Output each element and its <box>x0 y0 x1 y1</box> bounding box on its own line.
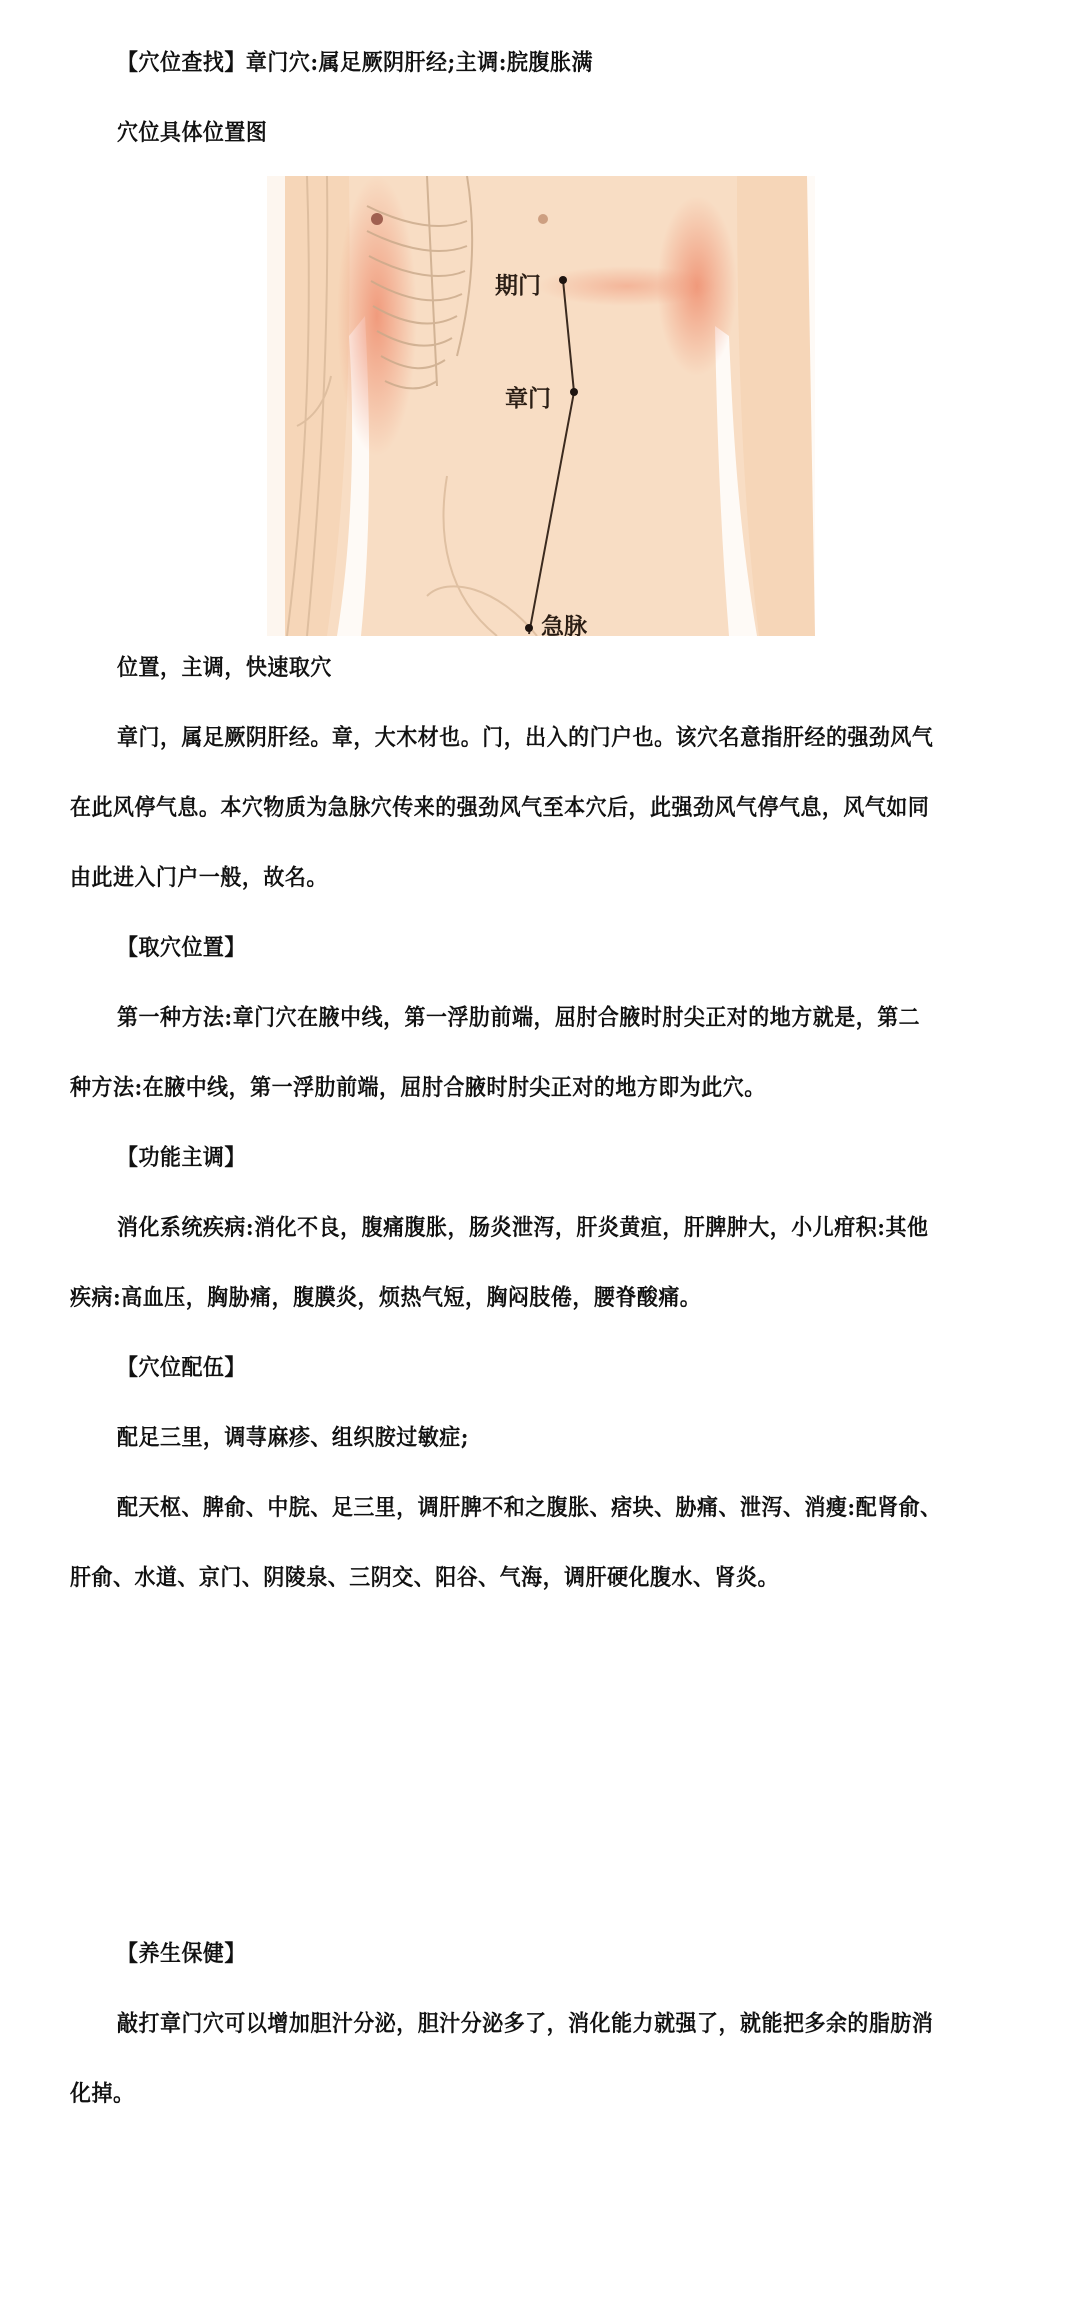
acupoint-body-illustration: 期门 章门 急脉 <box>267 176 815 636</box>
section-line: 敲打章门穴可以增加胆汁分泌，胆汁分泌多了，消化能力就强了，就能把多余的脂肪消 <box>117 2009 933 2039</box>
page-heading: 【穴位查找】章门穴:属足厥阴肝经;主调:脘腹胀满 <box>117 48 593 78</box>
section-title-health: 【养生保健】 <box>117 1939 246 1969</box>
section-line: 配天枢、脾俞、中脘、足三里，调肝脾不和之腹胀、痞块、胁痛、泄泻、消瘦:配肾俞、 <box>117 1493 942 1523</box>
figure-caption: 穴位具体位置图 <box>117 118 267 148</box>
section-title-combination: 【穴位配伍】 <box>117 1353 246 1383</box>
section-title-function: 【功能主调】 <box>117 1143 246 1173</box>
section-line: 疾病:高血压，胸胁痛，腹膜炎，烦热气短，胸闷肢倦，腰脊酸痛。 <box>70 1283 701 1313</box>
label-qimen: 期门 <box>495 267 541 300</box>
label-jimai: 急脉 <box>541 608 587 636</box>
intro-line: 由此进入门户一般，故名。 <box>70 863 328 893</box>
section-line: 化掉。 <box>70 2079 134 2109</box>
section-line: 种方法:在腋中线，第一浮肋前端，屈肘合腋时肘尖正对的地方即为此穴。 <box>70 1073 766 1103</box>
section-line: 第一种方法:章门穴在腋中线，第一浮肋前端，屈肘合腋时肘尖正对的地方就是，第二 <box>117 1003 920 1033</box>
section-title-location: 【取穴位置】 <box>117 933 246 963</box>
intro-title: 位置，主调，快速取穴 <box>117 653 332 683</box>
label-zhangmen: 章门 <box>505 380 551 413</box>
section-line: 消化系统疾病:消化不良，腹痛腹胀，肠炎泄泻，肝炎黄疸，肝脾肿大，小儿疳积:其他 <box>117 1213 928 1243</box>
section-line: 配足三里，调荨麻疹、组织胺过敏症; <box>117 1423 469 1453</box>
intro-line: 章门，属足厥阴肝经。章，大木材也。门，出入的门户也。该穴名意指肝经的强劲风气 <box>117 723 933 753</box>
intro-line: 在此风停气息。本穴物质为急脉穴传来的强劲风气至本穴后，此强劲风气停气息，风气如同 <box>70 793 929 823</box>
section-line: 肝俞、水道、京门、阴陵泉、三阴交、阳谷、气海，调肝硬化腹水、肾炎。 <box>70 1563 779 1593</box>
